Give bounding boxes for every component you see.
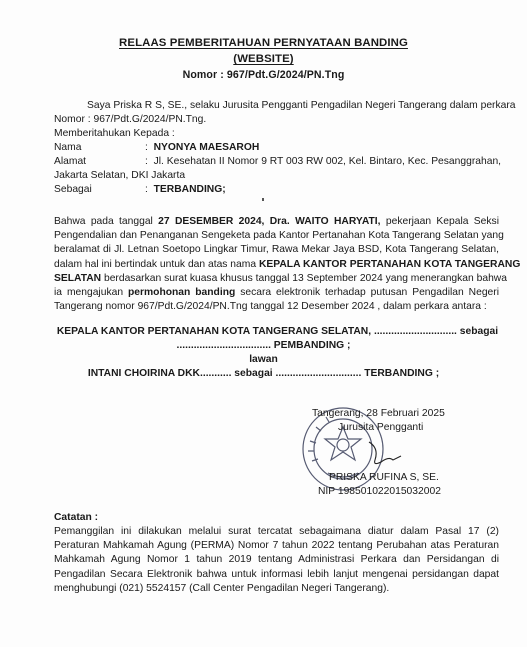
scan-speck [262, 198, 264, 201]
versus-label: lawan [0, 353, 527, 367]
text: Bahwa pada tanggal [54, 216, 158, 227]
body-line-1: Bahwa pada tanggal 27 DESEMBER 2024, Dra… [54, 215, 499, 229]
notes-line-5: menghubungi (021) 5524157 (Call Center P… [54, 582, 499, 596]
text: secara elektronik terhadap putusan Penga… [235, 287, 499, 298]
appellant-line-2: ................................. PEMBAN… [0, 339, 527, 353]
body-line-7: Tangerang nomor 967/Pdt.G/2024/PN.Tng ta… [54, 300, 499, 314]
recipient-address-row: Alamat: Jl. Kesehatan II Nomor 9 RT 003 … [54, 155, 501, 169]
appeal-term: permohonan banding [128, 287, 235, 298]
address-label: Alamat [54, 155, 145, 169]
document-page: RELAAS PEMBERITAHUAN PERNYATAAN BANDING … [0, 0, 527, 647]
separator: : [145, 142, 148, 153]
document-title: RELAAS PEMBERITAHUAN PERNYATAAN BANDING [0, 37, 527, 49]
agency-name-cont: SELATAN [54, 273, 101, 284]
case-number: Nomor : 967/Pdt.G/2024/PN.Tng [0, 69, 527, 81]
notes-line-3: Mahkamah Agung Nomor 1 tahun 2019 tentan… [54, 553, 499, 567]
notes-line-1: Pemanggilan ini dilakukan melalui surat … [54, 525, 499, 539]
recipient-name: NYONYA MAESAROH [154, 142, 260, 153]
text: pekerjaan Kepala Seksi [381, 216, 499, 227]
recipient-address-cont: Jakarta Selatan, DKI Jakarta [54, 169, 185, 183]
notes-paragraph: Pemanggilan ini dilakukan melalui surat … [54, 525, 499, 596]
respondent-line: INTANI CHOIRINA DKK........... sebagai .… [0, 367, 527, 381]
body-line-5: SELATAN berdasarkan surat kuasa khusus t… [54, 272, 499, 286]
intro-line-1: Saya Priska R S, SE., selaku Jurusita Pe… [87, 99, 516, 113]
text: dalam hal ini bertindak untuk dan atas n… [54, 259, 259, 270]
signature-icon [365, 438, 405, 468]
intro-line-2: Nomor : 967/Pdt.G/2024/PN.Tng. [54, 113, 206, 127]
recipient-name-row: Nama: NYONYA MAESAROH [54, 141, 259, 155]
body-line-6: ia mengajukan permohonan banding secara … [54, 286, 499, 300]
text: ia mengajukan [54, 287, 128, 298]
date-and-name: 27 DESEMBER 2024, Dra. WAITO HARYATI, [158, 216, 380, 227]
body-paragraph: Bahwa pada tanggal 27 DESEMBER 2024, Dra… [54, 215, 499, 314]
role-label: Sebagai [54, 183, 145, 197]
name-label: Nama [54, 141, 145, 155]
document-subtitle: (WEBSITE) [0, 53, 527, 65]
signatory-name: PRISKA RUFINA S, SE. [329, 471, 439, 485]
separator: : [145, 156, 148, 167]
notes-heading: Catatan : [54, 511, 98, 525]
body-line-3: beralamat di Jl. Letnan Soetopo Lingkar … [54, 243, 499, 257]
text: berdasarkan surat kuasa khusus tanggal 1… [101, 273, 507, 284]
notify-label: Memberitahukan Kepada : [54, 127, 175, 141]
appellant-line-1: KEPALA KANTOR PERTANAHAN KOTA TANGERANG … [14, 325, 527, 339]
notes-line-4: Pengadilan Secara Elektronik bahwa untuk… [54, 568, 499, 582]
agency-name: KEPALA KANTOR PERTANAHAN KOTA TANGERANG [259, 259, 520, 270]
signatory-nip: NIP 198501022015032002 [318, 485, 441, 499]
notes-line-2: Peraturan Mahkamah Agung (PERMA) Nomor 7… [54, 539, 499, 553]
recipient-role-row: Sebagai: TERBANDING; [54, 183, 226, 197]
signature-role: Jurusita Pengganti [338, 421, 423, 435]
signature-place-date: Tangerang, 28 Februari 2025 [312, 407, 445, 421]
body-line-2: Pengendalian dan Penanganan Sengeketa pa… [54, 229, 499, 243]
recipient-role: TERBANDING; [154, 184, 226, 195]
recipient-address: Jl. Kesehatan II Nomor 9 RT 003 RW 002, … [154, 156, 501, 167]
body-line-4: dalam hal ini bertindak untuk dan atas n… [54, 258, 499, 272]
separator: : [145, 184, 148, 195]
